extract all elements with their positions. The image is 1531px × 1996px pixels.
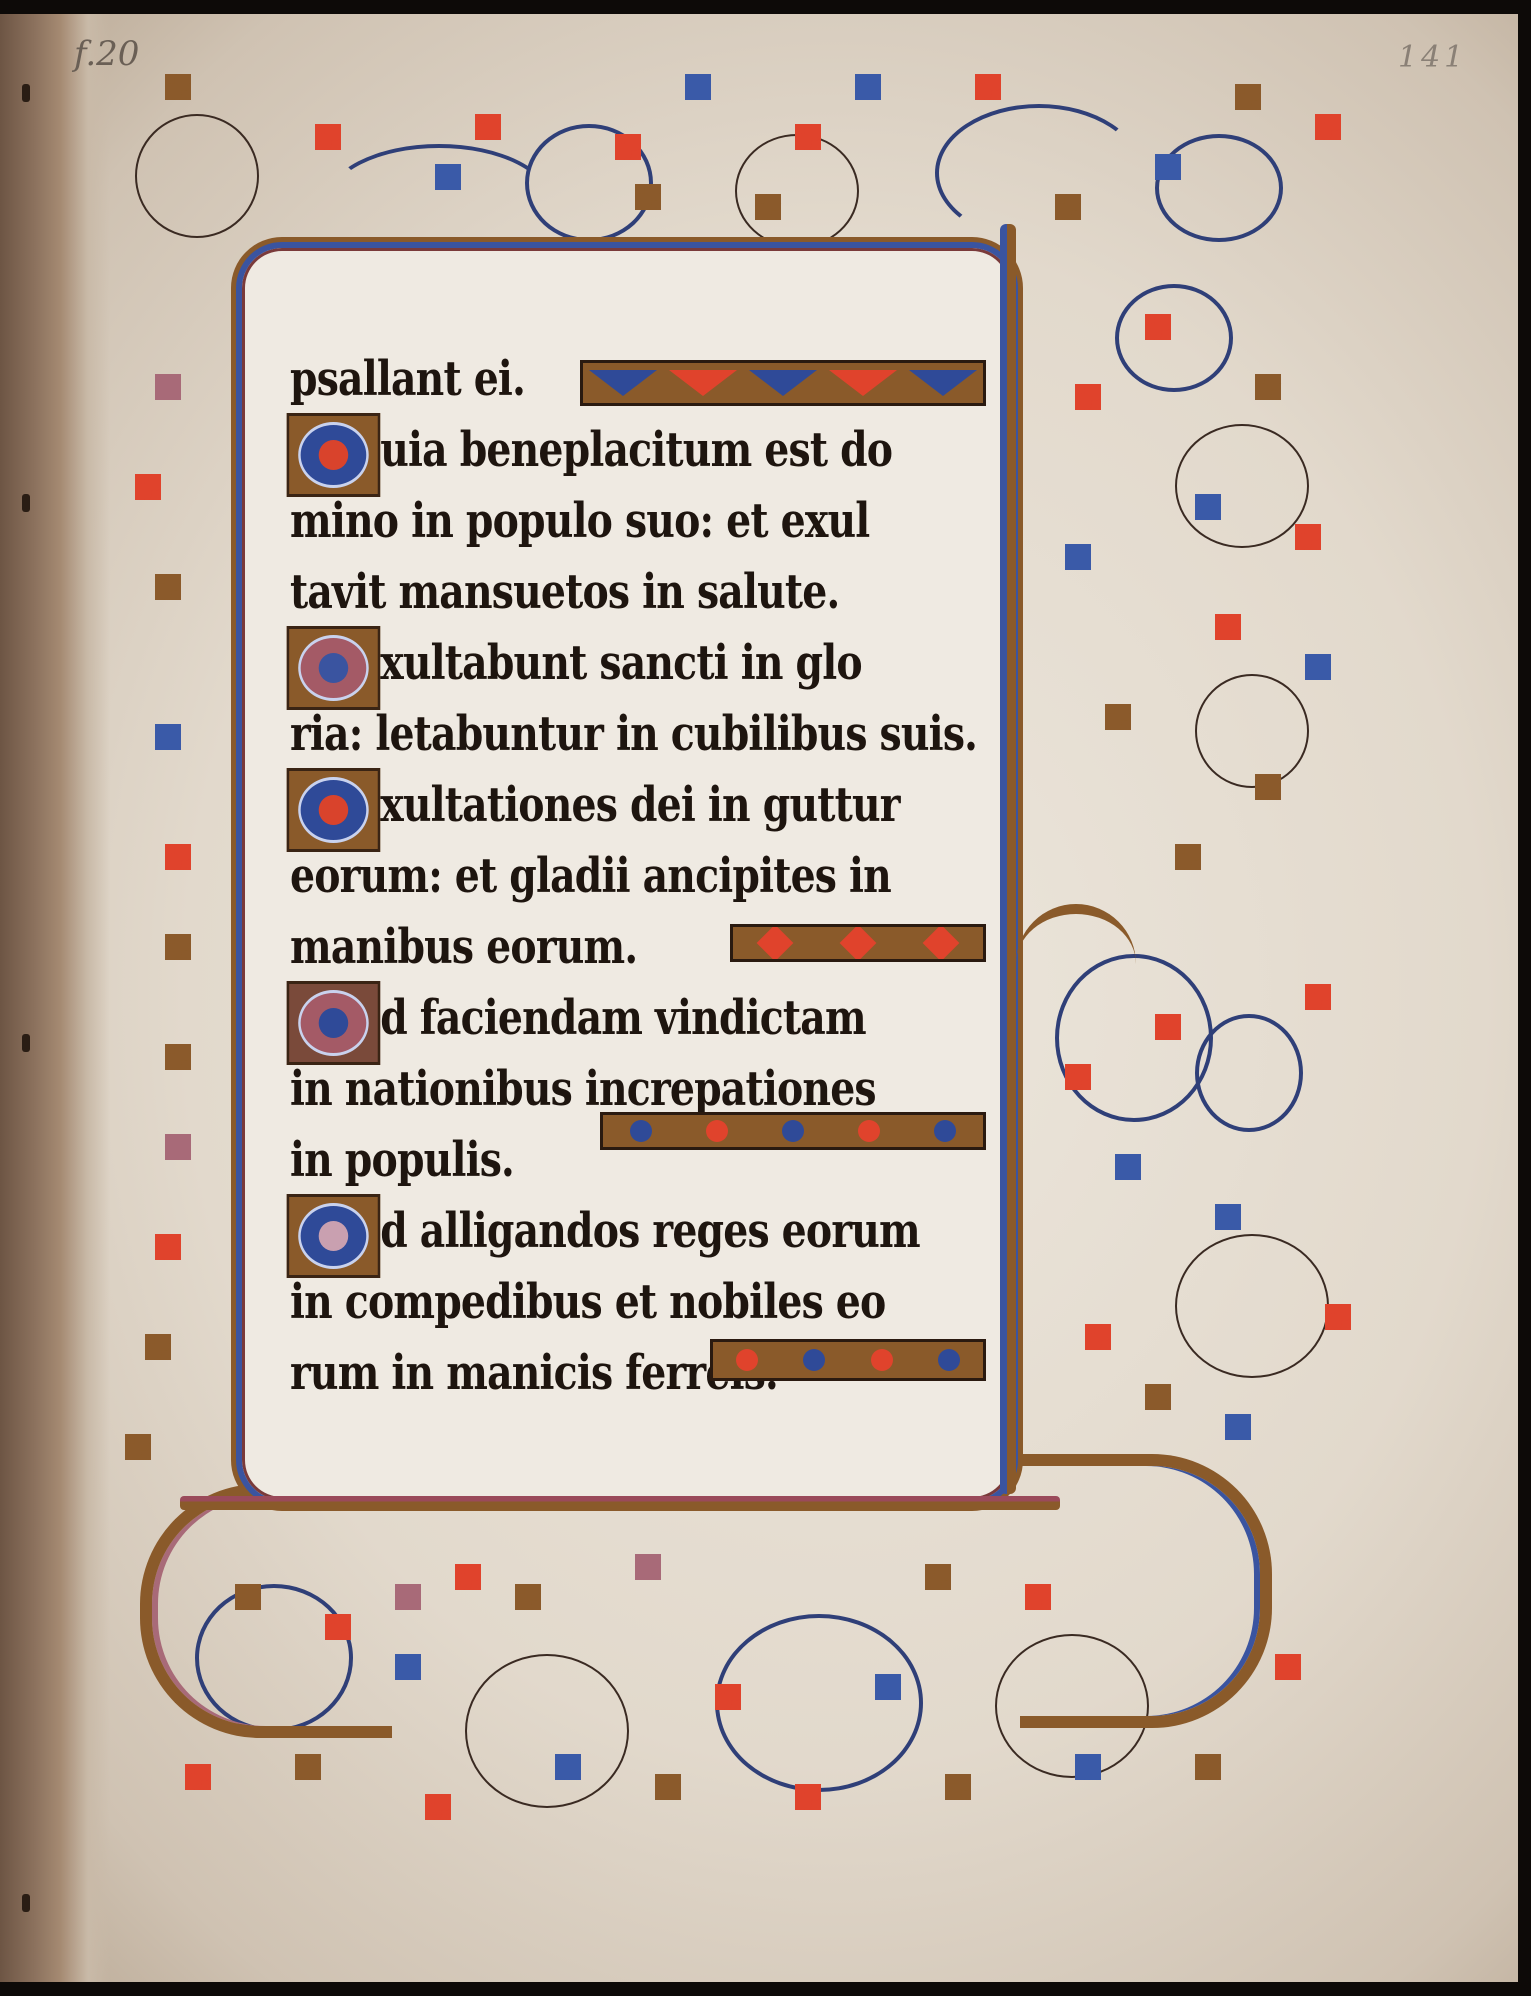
text-line-content: xultabunt sancti in glo bbox=[380, 635, 862, 691]
filler-motif bbox=[858, 1120, 880, 1142]
line-filler-ornament bbox=[580, 360, 986, 406]
ivy-leaf-icon bbox=[655, 1774, 681, 1800]
ivy-leaf-icon bbox=[185, 1764, 211, 1790]
text-line: A d faciendam vindictam bbox=[290, 983, 864, 1054]
illuminated-initial: Q bbox=[287, 413, 380, 497]
ivy-leaf-icon bbox=[1225, 1414, 1251, 1440]
text-line: ria: letabuntur in cubilibus suis. bbox=[290, 699, 864, 770]
ivy-leaf-icon bbox=[1275, 1654, 1301, 1680]
illuminated-initial: E bbox=[287, 626, 380, 710]
filler-motif bbox=[749, 370, 817, 396]
ivy-leaf-icon bbox=[1305, 984, 1331, 1010]
vine-scroll bbox=[465, 1654, 629, 1808]
filler-motif bbox=[840, 925, 877, 962]
ivy-leaf-icon bbox=[795, 1784, 821, 1810]
vine-scroll bbox=[735, 134, 859, 248]
ivy-leaf-icon bbox=[395, 1654, 421, 1680]
ivy-leaf-icon bbox=[155, 724, 181, 750]
vine-scroll bbox=[1195, 674, 1309, 788]
filler-motif bbox=[923, 925, 960, 962]
filler-motif bbox=[829, 370, 897, 396]
text-line-content: uia beneplacitum est do bbox=[380, 422, 892, 478]
filler-motif bbox=[871, 1349, 893, 1371]
text-line-content: eorum: et gladii ancipites in bbox=[290, 848, 891, 904]
ivy-leaf-icon bbox=[1325, 1304, 1351, 1330]
ivy-leaf-icon bbox=[425, 1794, 451, 1820]
ivy-leaf-icon bbox=[295, 1754, 321, 1780]
filler-motif bbox=[630, 1120, 652, 1142]
illuminated-initial: E bbox=[287, 768, 380, 852]
ivy-leaf-icon bbox=[1295, 524, 1321, 550]
filler-motif bbox=[803, 1349, 825, 1371]
ivy-leaf-icon bbox=[1305, 654, 1331, 680]
ivy-leaf-icon bbox=[1255, 774, 1281, 800]
ivy-leaf-icon bbox=[135, 474, 161, 500]
ivy-leaf-icon bbox=[515, 1584, 541, 1610]
ivy-leaf-icon bbox=[1315, 114, 1341, 140]
text-line-content: rum in manicis ferreis. bbox=[290, 1345, 778, 1401]
border-bar-loop-left bbox=[140, 1484, 392, 1738]
ivy-leaf-icon bbox=[1145, 1384, 1171, 1410]
border-bar-loop-right bbox=[1020, 1454, 1272, 1728]
text-line: mino in populo suo: et exul bbox=[290, 486, 864, 557]
ivy-leaf-icon bbox=[615, 134, 641, 160]
ivy-leaf-icon bbox=[165, 934, 191, 960]
filler-motif bbox=[736, 1349, 758, 1371]
border-bar-right bbox=[1000, 224, 1016, 1494]
text-line: eorum: et gladii ancipites in bbox=[290, 841, 864, 912]
ivy-leaf-icon bbox=[1235, 84, 1261, 110]
ivy-leaf-icon bbox=[1215, 1204, 1241, 1230]
stitch-hole bbox=[22, 1894, 30, 1912]
ivy-leaf-icon bbox=[1105, 704, 1131, 730]
ivy-leaf-icon bbox=[435, 164, 461, 190]
ivy-leaf-icon bbox=[155, 574, 181, 600]
line-filler-ornament bbox=[730, 924, 986, 962]
ivy-leaf-icon bbox=[155, 374, 181, 400]
text-line: tavit mansuetos in salute. bbox=[290, 557, 864, 628]
ivy-leaf-icon bbox=[1085, 1324, 1111, 1350]
ivy-leaf-icon bbox=[1175, 844, 1201, 870]
ivy-leaf-icon bbox=[925, 1564, 951, 1590]
illuminated-initial: A bbox=[287, 1194, 380, 1278]
text-line-content: xultationes dei in guttur bbox=[380, 777, 899, 833]
text-line-content: d alligandos reges eorum bbox=[380, 1203, 920, 1259]
text-line-content: in populis. bbox=[290, 1132, 514, 1188]
line-filler-ornament bbox=[600, 1112, 986, 1150]
vine-scroll bbox=[1195, 1014, 1303, 1132]
ivy-leaf-icon bbox=[155, 1234, 181, 1260]
ivy-leaf-icon bbox=[1255, 374, 1281, 400]
text-line-content: psallant ei. bbox=[290, 351, 525, 407]
filler-motif bbox=[938, 1349, 960, 1371]
ivy-leaf-icon bbox=[855, 74, 881, 100]
ivy-leaf-icon bbox=[875, 1674, 901, 1700]
ivy-leaf-icon bbox=[1065, 544, 1091, 570]
ivy-leaf-icon bbox=[1055, 194, 1081, 220]
ivy-leaf-icon bbox=[165, 1134, 191, 1160]
line-filler-ornament bbox=[710, 1339, 986, 1381]
ivy-leaf-icon bbox=[975, 74, 1001, 100]
ivy-leaf-icon bbox=[125, 1434, 151, 1460]
ivy-leaf-icon bbox=[165, 74, 191, 100]
text-line: E xultabunt sancti in glo bbox=[290, 628, 864, 699]
ivy-leaf-icon bbox=[475, 114, 501, 140]
border-bar-bottom bbox=[180, 1496, 1060, 1510]
text-line-content: tavit mansuetos in salute. bbox=[290, 564, 839, 620]
vine-scroll bbox=[135, 114, 259, 238]
ivy-leaf-icon bbox=[635, 1554, 661, 1580]
vine-scroll bbox=[715, 1614, 923, 1792]
ivy-leaf-icon bbox=[945, 1774, 971, 1800]
ivy-leaf-icon bbox=[1145, 314, 1171, 340]
ivy-leaf-icon bbox=[1075, 384, 1101, 410]
text-line: A d alligandos reges eorum bbox=[290, 1196, 864, 1267]
ivy-leaf-icon bbox=[1195, 494, 1221, 520]
vine-scroll bbox=[935, 104, 1143, 242]
vine-scroll bbox=[1175, 1234, 1329, 1378]
ivy-leaf-icon bbox=[315, 124, 341, 150]
psalm-text-block: psallant ei. Q uia beneplacitum est do m… bbox=[290, 344, 990, 1409]
text-line: Q uia beneplacitum est do bbox=[290, 415, 864, 486]
ivy-leaf-icon bbox=[145, 1334, 171, 1360]
binding-gutter-shadow bbox=[0, 14, 110, 1982]
text-line-content: mino in populo suo: et exul bbox=[290, 493, 869, 549]
manuscript-page: f.20 141 bbox=[0, 14, 1518, 1982]
text-line-content: d faciendam vindictam bbox=[380, 990, 866, 1046]
ivy-leaf-icon bbox=[1155, 1014, 1181, 1040]
ivy-leaf-icon bbox=[795, 124, 821, 150]
text-line: E xultationes dei in guttur bbox=[290, 770, 864, 841]
text-line: in compedibus et nobiles eo bbox=[290, 1267, 864, 1338]
ivy-leaf-icon bbox=[715, 1684, 741, 1710]
ivy-leaf-icon bbox=[755, 194, 781, 220]
text-line-content: in nationibus increpationes bbox=[290, 1061, 876, 1117]
ivy-leaf-icon bbox=[395, 1584, 421, 1610]
stitch-hole bbox=[22, 494, 30, 512]
ivy-leaf-icon bbox=[455, 1564, 481, 1590]
text-line-content: ria: letabuntur in cubilibus suis. bbox=[290, 706, 977, 762]
ivy-leaf-icon bbox=[1195, 1754, 1221, 1780]
text-line-content: manibus eorum. bbox=[290, 919, 637, 975]
vine-scroll bbox=[1155, 134, 1283, 242]
ivy-leaf-icon bbox=[1075, 1754, 1101, 1780]
filler-motif bbox=[589, 370, 657, 396]
ivy-leaf-icon bbox=[1065, 1064, 1091, 1090]
illuminated-initial: A bbox=[287, 981, 380, 1065]
stitch-hole bbox=[22, 84, 30, 102]
ivy-leaf-icon bbox=[1115, 1154, 1141, 1180]
ivy-leaf-icon bbox=[555, 1754, 581, 1780]
ivy-leaf-icon bbox=[165, 844, 191, 870]
vine-scroll bbox=[1115, 284, 1233, 392]
filler-motif bbox=[669, 370, 737, 396]
ivy-leaf-icon bbox=[635, 184, 661, 210]
text-line-content: in compedibus et nobiles eo bbox=[290, 1274, 885, 1330]
filler-motif bbox=[756, 925, 793, 962]
filler-motif bbox=[706, 1120, 728, 1142]
filler-motif bbox=[782, 1120, 804, 1142]
ivy-leaf-icon bbox=[685, 74, 711, 100]
ivy-leaf-icon bbox=[1155, 154, 1181, 180]
filler-motif bbox=[934, 1120, 956, 1142]
ivy-leaf-icon bbox=[1215, 614, 1241, 640]
vine-scroll bbox=[1175, 424, 1309, 548]
stitch-hole bbox=[22, 1034, 30, 1052]
ivy-leaf-icon bbox=[165, 1044, 191, 1070]
filler-motif bbox=[909, 370, 977, 396]
